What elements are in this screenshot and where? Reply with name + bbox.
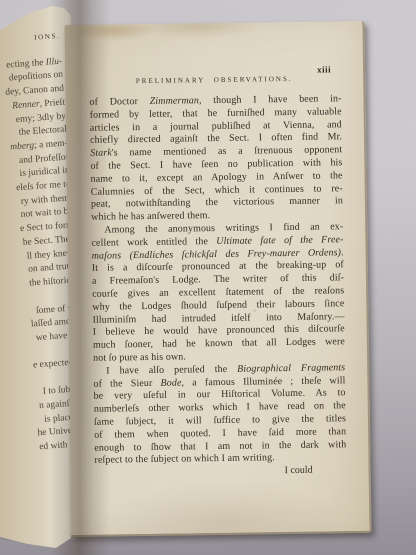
header-title: PRELIMINARY OBSERVATIONS. — [136, 75, 293, 85]
book-photo: IONS.ecting the Illu-depoſitions ondey, … — [0, 0, 416, 555]
facing-page-fragment-group: IONS. — [0, 30, 61, 48]
running-header: PRELIMINARY OBSERVATIONS. xiii — [89, 67, 339, 82]
book-page: PRELIMINARY OBSERVATIONS. xiii of Doctor… — [64, 21, 371, 537]
page-number: xiii — [317, 64, 331, 74]
facing-page-line: IONS. — [0, 30, 61, 48]
body-text: of Doctor Zimmerman, though I have been … — [89, 93, 346, 468]
